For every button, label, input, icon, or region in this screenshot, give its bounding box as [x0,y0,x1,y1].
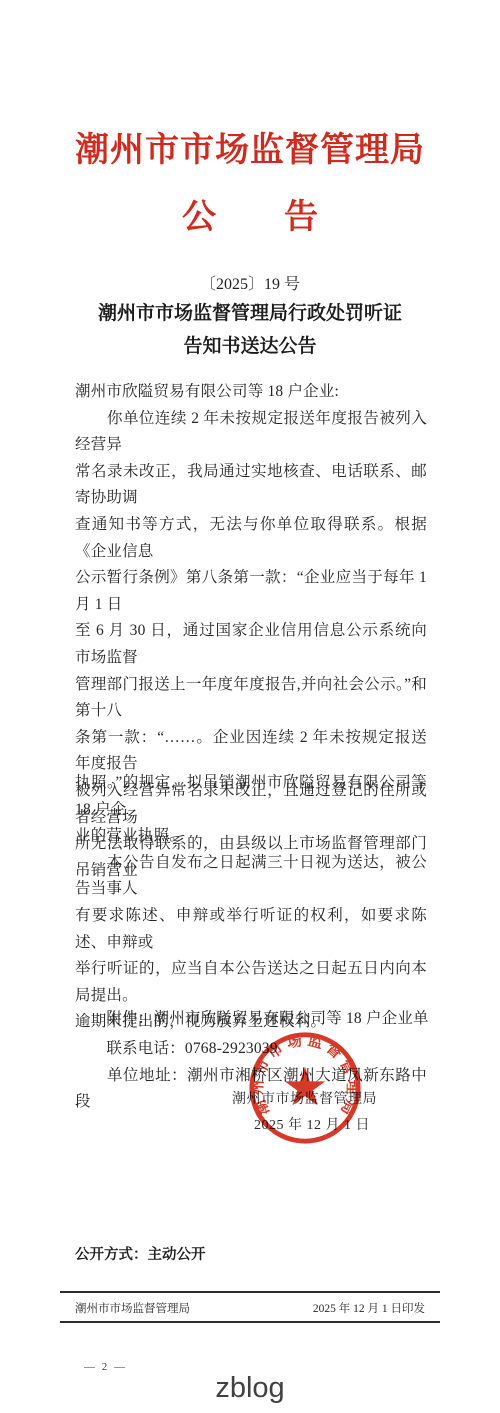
publish-method: 公开方式：主动公开 [75,1243,206,1264]
official-seal-icon: 潮州市市场监督管理局 [247,1030,363,1146]
attachment-line: 附件：潮州市欣隘贸易有限公司等 18 户企业单 [75,1006,445,1028]
doc-number: 〔2025〕19 号 [0,271,500,294]
footer-agency: 潮州市市场监督管理局 [75,1300,190,1316]
seal-star-icon [285,1067,325,1105]
footer-divider-top [60,1291,440,1293]
document-page: 潮州市市场监督管理局 公 告 〔2025〕19 号 潮州市市场监督管理局行政处罚… [0,0,500,1413]
agency-title: 潮州市市场监督管理局 [0,122,500,171]
watermark-zblog: zblog [0,1372,500,1405]
footer-row: 潮州市市场监督管理局 2025 年 12 月 1 日印发 [75,1300,425,1316]
doc-title: 潮州市市场监督管理局行政处罚听证 告知书送达公告 [0,297,500,363]
footer-print-date: 2025 年 12 月 1 日印发 [313,1300,425,1316]
notice-title: 公 告 [0,189,500,238]
footer-divider-bottom [60,1321,440,1323]
